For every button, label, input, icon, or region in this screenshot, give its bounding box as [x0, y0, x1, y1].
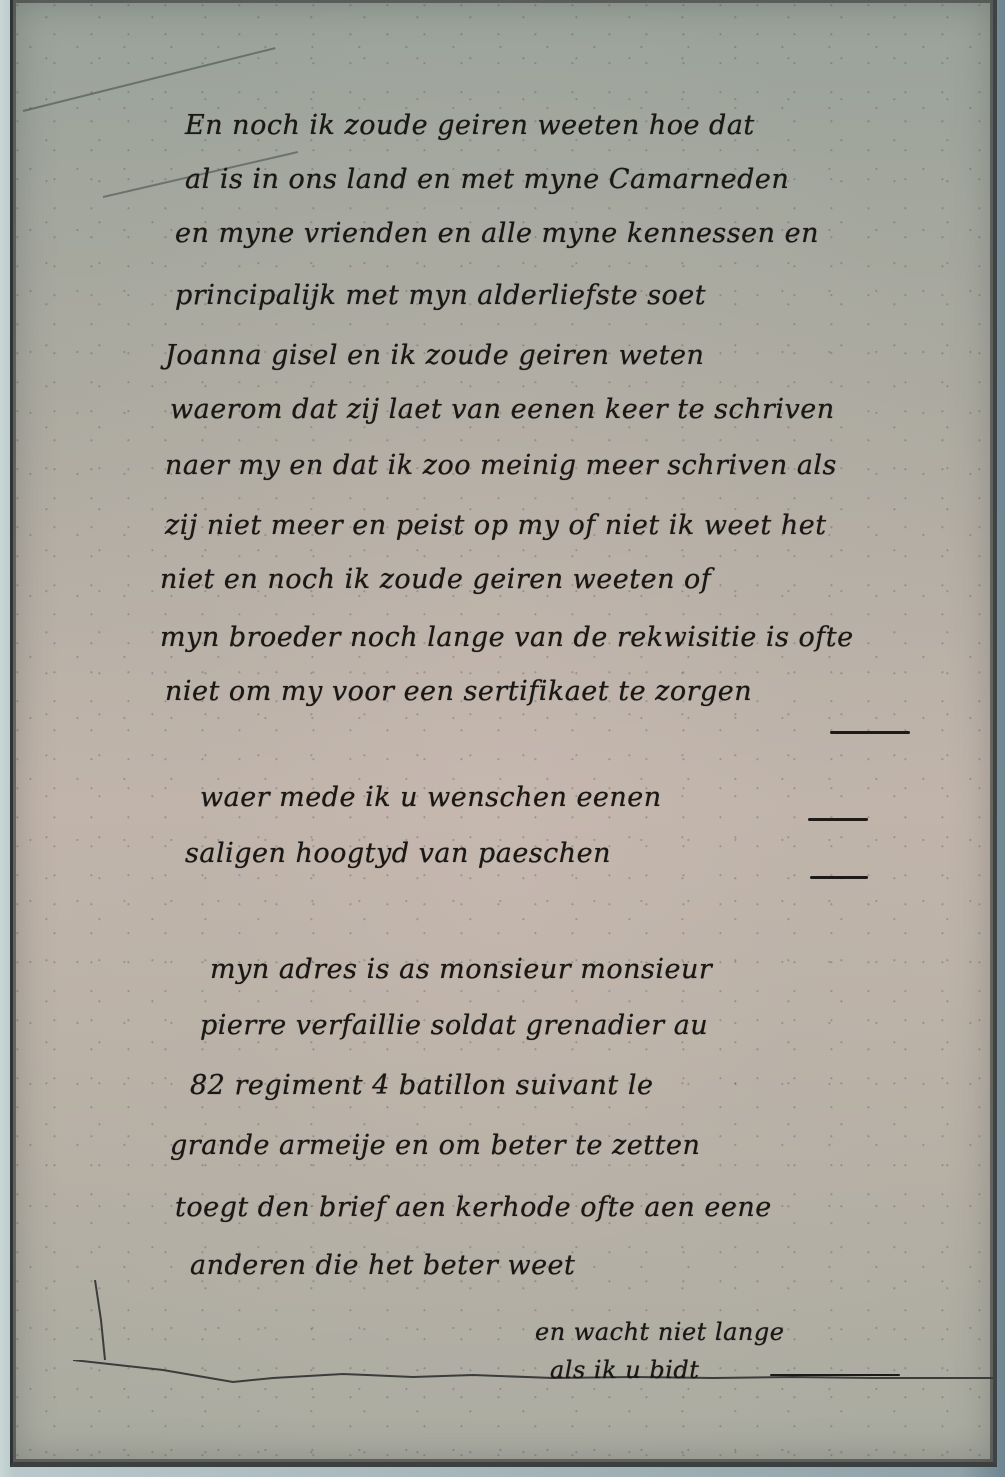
text-line: 82 regiment 4 batillon suivant le — [190, 1070, 653, 1101]
text-line: anderen die het beter weet — [190, 1250, 575, 1281]
text-line: niet om my voor een sertifikaet te zorge… — [165, 676, 752, 707]
line-filler-dash — [810, 876, 868, 879]
text-line: toegt den brief aen kerhode ofte aen een… — [175, 1192, 772, 1223]
text-line: myn broeder noch lange van de rekwisitie… — [160, 622, 854, 653]
text-line: myn adres is as monsieur monsieur — [210, 954, 712, 985]
text-line: principalijk met myn alderliefste soet — [175, 280, 706, 311]
letter-text: En noch ik zoude geiren weeten hoe dat a… — [0, 0, 1005, 1477]
text-line: grande armeije en om beter te zetten — [170, 1130, 700, 1161]
line-filler-dash — [830, 731, 910, 734]
text-line: waer mede ik u wenschen eenen — [200, 782, 662, 813]
line-filler-dash — [770, 1374, 900, 1376]
text-line: zij niet meer en peist op my of niet ik … — [165, 510, 827, 541]
text-line: en myne vrienden en alle myne kennessen … — [175, 218, 819, 249]
text-line: niet en noch ik zoude geiren weeten of — [160, 564, 711, 595]
text-line: En noch ik zoude geiren weeten hoe dat — [185, 110, 755, 141]
line-filler-dash — [808, 818, 868, 821]
text-line: al is in ons land en met myne Camarneden — [185, 164, 789, 195]
closing-line: en wacht niet lange — [535, 1318, 784, 1346]
text-line: pierre verfaillie soldat grenadier au — [200, 1010, 708, 1041]
text-line: naer my en dat ik zoo meinig meer schriv… — [165, 450, 837, 481]
closing-line: als ik u bidt — [550, 1356, 699, 1384]
text-line: waerom dat zij laet van eenen keer te sc… — [170, 394, 835, 425]
text-line: Joanna gisel en ik zoude geiren weten — [165, 340, 704, 371]
text-line: saligen hoogtyd van paeschen — [185, 838, 611, 869]
